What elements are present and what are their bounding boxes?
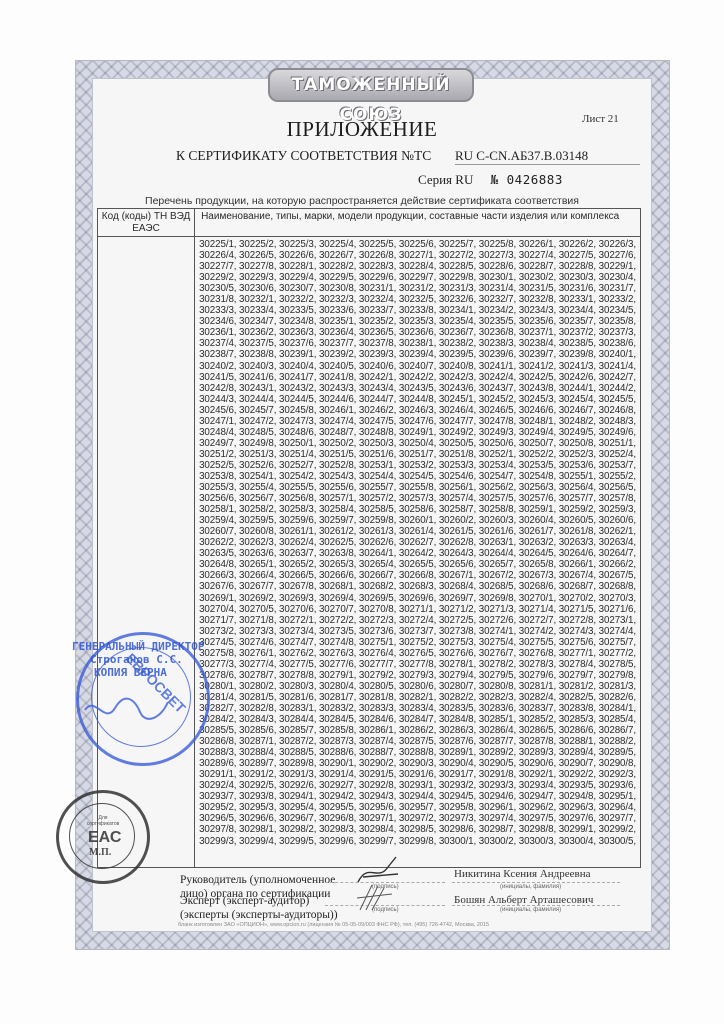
series-number: № 0426883: [491, 172, 563, 187]
model-list-line: 30225/1, 30225/2, 30225/3, 30225/4, 3022…: [199, 239, 636, 250]
model-list-line: 30236/1, 30236/2, 30236/3, 30236/4, 3023…: [199, 327, 636, 338]
director-certification: ГЕНЕРАЛЬНЫЙ ДИРЕКТОР Строганов С.С. КОПИ…: [72, 640, 204, 679]
director-name: Строганов С.С.: [72, 653, 204, 666]
models-column-header: Наименование, типы, марки, модели продук…: [195, 209, 641, 237]
model-list-line: 30262/2, 30262/3, 30262/4, 30262/5, 3026…: [199, 537, 636, 548]
model-list-line: 30274/5, 30274/6, 30274/7, 30274/8, 3027…: [199, 637, 636, 648]
head-name: Никитина Ксения Андреевна: [454, 868, 590, 880]
model-list-line: 30266/3, 30266/4, 30266/5, 30266/6, 3026…: [199, 570, 636, 581]
head-name-line: [452, 882, 620, 883]
eac-mark-icon: ЕАС: [88, 829, 121, 847]
head-name-hint: (инициалы, фамилия): [500, 884, 561, 890]
model-list-line: 30286/8, 30287/1, 30287/2, 30287/3, 3028…: [199, 736, 636, 747]
customs-union-badge: ТАМОЖЕННЫЙ СОЮЗ: [268, 68, 474, 102]
model-list-line: 30292/4, 30292/5, 30292/6, 30292/7, 3029…: [199, 780, 636, 791]
model-list-line: 30252/5, 30252/6, 30252/7, 30252/8, 3025…: [199, 460, 636, 471]
model-list-line: 30247/1, 30247/2, 30247/3, 30247/4, 3024…: [199, 416, 636, 427]
model-list-line: 30275/8, 30276/1, 30276/2, 30276/3, 3027…: [199, 648, 636, 659]
product-list-caption: Перечень продукции, на которую распростр…: [0, 195, 724, 207]
model-list-line: 30282/7, 30282/8, 30283/1, 30283/2, 3028…: [199, 703, 636, 714]
model-list-line: 30258/1, 30258/2, 30258/3, 30258/4, 3025…: [199, 504, 636, 515]
model-list-line: 30248/4, 30248/5, 30248/6, 30248/7, 3024…: [199, 427, 636, 438]
certificate-number: RU C-CN.АБ37.В.03148: [455, 148, 640, 165]
head-label-line-1: Руководитель (уполномоченное: [180, 873, 335, 887]
model-list-line: 30278/6, 30278/7, 30278/8, 30279/1, 3027…: [199, 670, 636, 681]
expert-label-line-1: Эксперт (эксперт-аудитор): [180, 894, 338, 908]
model-list-line: 30245/6, 30245/7, 30245/8, 30246/1, 3024…: [199, 405, 636, 416]
certification-body-stamp: Для сертификатов ЕАС М.П.: [56, 790, 150, 884]
model-list-line: 30291/1, 30291/2, 30291/3, 30291/4, 3029…: [199, 769, 636, 780]
model-list-line: 30226/4, 30226/5, 30226/6, 30226/7, 3022…: [199, 250, 636, 261]
model-list-line: 30238/7, 30238/8, 30239/1, 30239/2, 3023…: [199, 349, 636, 360]
model-list-line: 30249/7, 30249/8, 30250/1, 30250/2, 3025…: [199, 438, 636, 449]
model-list-line: 30299/3, 30299/4, 30299/5, 30299/6, 3029…: [199, 836, 636, 847]
blank-printer-footer: бланк изготовлен ЗАО «ОПЦИОН», www.opcio…: [178, 922, 489, 928]
model-list-line: 30260/7, 30260/8, 30261/1, 30261/2, 3026…: [199, 526, 636, 537]
model-list-line: 30253/8, 30254/1, 30254/2, 30254/3, 3025…: [199, 471, 636, 482]
model-list-line: 30237/4, 30237/5, 30237/6, 30237/7, 3023…: [199, 338, 636, 349]
model-list-line: 30240/2, 30240/3, 30240/4, 30240/5, 3024…: [199, 361, 636, 372]
model-list-line: 30270/4, 30270/5, 30270/6, 30270/7, 3027…: [199, 604, 636, 615]
page-title: ПРИЛОЖЕНИЕ: [0, 117, 724, 142]
series-line: Серия RU № 0426883: [418, 172, 563, 188]
model-list-line: 30284/2, 30284/3, 30284/4, 30284/5, 3028…: [199, 714, 636, 725]
true-copy-mark: КОПИЯ ВЕРНА: [72, 666, 204, 679]
series-label: Серия RU: [418, 172, 473, 187]
model-list-line: 30277/3, 30277/4, 30277/5, 30277/6, 3027…: [199, 659, 636, 670]
model-list-line: 30267/6, 30267/7, 30267/8, 30268/1, 3026…: [199, 581, 636, 592]
model-list-line: 30229/2, 30229/3, 30229/4, 30229/5, 3022…: [199, 272, 636, 283]
expert-name-line: [452, 905, 620, 906]
model-list-line: 30296/5, 30296/6, 30296/7, 30296/8, 3029…: [199, 813, 636, 824]
expert-label-line-2: (эксперты (эксперты-аудиторы)): [180, 908, 338, 922]
model-list-line: 30259/4, 30259/5, 30259/6, 30259/7, 3025…: [199, 515, 636, 526]
director-signature: [80, 690, 170, 730]
model-list-line: 30234/6, 30234/7, 30234/8, 30235/1, 3023…: [199, 316, 636, 327]
model-list-line: 30233/3, 30233/4, 30233/5, 30233/6, 3023…: [199, 305, 636, 316]
model-list-line: 30285/5, 30285/6, 30285/7, 30285/8, 3028…: [199, 725, 636, 736]
codes-cell: [98, 237, 195, 868]
expert-signature: [352, 880, 402, 915]
expert-label: Эксперт (эксперт-аудитор) (эксперты (экс…: [180, 894, 338, 922]
model-list-line: 30231/8, 30232/1, 30232/2, 30232/3, 3023…: [199, 294, 636, 305]
product-table: Код (коды) ТН ВЭД ЕАЭС Наименование, тип…: [97, 208, 641, 868]
model-list-line: 30255/3, 30255/4, 30255/5, 30255/6, 3025…: [199, 482, 636, 493]
model-list-line: 30230/5, 30230/6, 30230/7, 30230/8, 3023…: [199, 283, 636, 294]
model-list-line: 30273/2, 30273/3, 30273/4, 30273/5, 3027…: [199, 626, 636, 637]
model-list-line: 30289/6, 30289/7, 30289/8, 30290/1, 3029…: [199, 758, 636, 769]
model-list-line: 30244/3, 30244/4, 30244/5, 30244/6, 3024…: [199, 394, 636, 405]
page-subtitle: К СЕРТИФИКАТУ СООТВЕТСТВИЯ №ТС: [176, 148, 431, 164]
model-list-line: 30256/6, 30256/7, 30256/8, 30257/1, 3025…: [199, 493, 636, 504]
codes-column-header: Код (коды) ТН ВЭД ЕАЭС: [98, 209, 195, 237]
model-list-line: 30281/4, 30281/5, 30281/6, 30281/7, 3028…: [199, 692, 636, 703]
model-list-line: 30242/8, 30243/1, 30243/2, 30243/3, 3024…: [199, 383, 636, 394]
models-list-cell: 30225/1, 30225/2, 30225/3, 30225/4, 3022…: [195, 237, 641, 868]
director-title: ГЕНЕРАЛЬНЫЙ ДИРЕКТОР: [72, 640, 204, 653]
model-list-line: 30269/1, 30269/2, 30269/3, 30269/4, 3026…: [199, 593, 636, 604]
model-list-line: 30251/2, 30251/3, 30251/4, 30251/5, 3025…: [199, 449, 636, 460]
cert-stamp-caption: Для сертификатов: [83, 815, 123, 827]
model-list-line: 30263/5, 30263/6, 30263/7, 30263/8, 3026…: [199, 548, 636, 559]
model-list-line: 30297/8, 30298/1, 30298/2, 30298/3, 3029…: [199, 824, 636, 835]
model-list-line: 30264/8, 30265/1, 30265/2, 30265/3, 3026…: [199, 559, 636, 570]
model-list-line: 30280/1, 30280/2, 30280/3, 30280/4, 3028…: [199, 681, 636, 692]
model-list-line: 30293/7, 30293/8, 30294/1, 30294/2, 3029…: [199, 791, 636, 802]
expert-name-hint: (инициалы, фамилия): [500, 907, 561, 913]
model-list-line: 30241/5, 30241/6, 30241/7, 30241/8, 3024…: [199, 372, 636, 383]
model-list-line: 30295/2, 30295/3, 30295/4, 30295/5, 3029…: [199, 802, 636, 813]
model-list-line: 30271/7, 30271/8, 30272/1, 30272/2, 3027…: [199, 615, 636, 626]
model-list-line: 30227/7, 30227/8, 30228/1, 30228/2, 3022…: [199, 261, 636, 272]
seal-place-label: М.П.: [89, 847, 111, 858]
model-list-line: 30288/3, 30288/4, 30288/5, 30288/6, 3028…: [199, 747, 636, 758]
